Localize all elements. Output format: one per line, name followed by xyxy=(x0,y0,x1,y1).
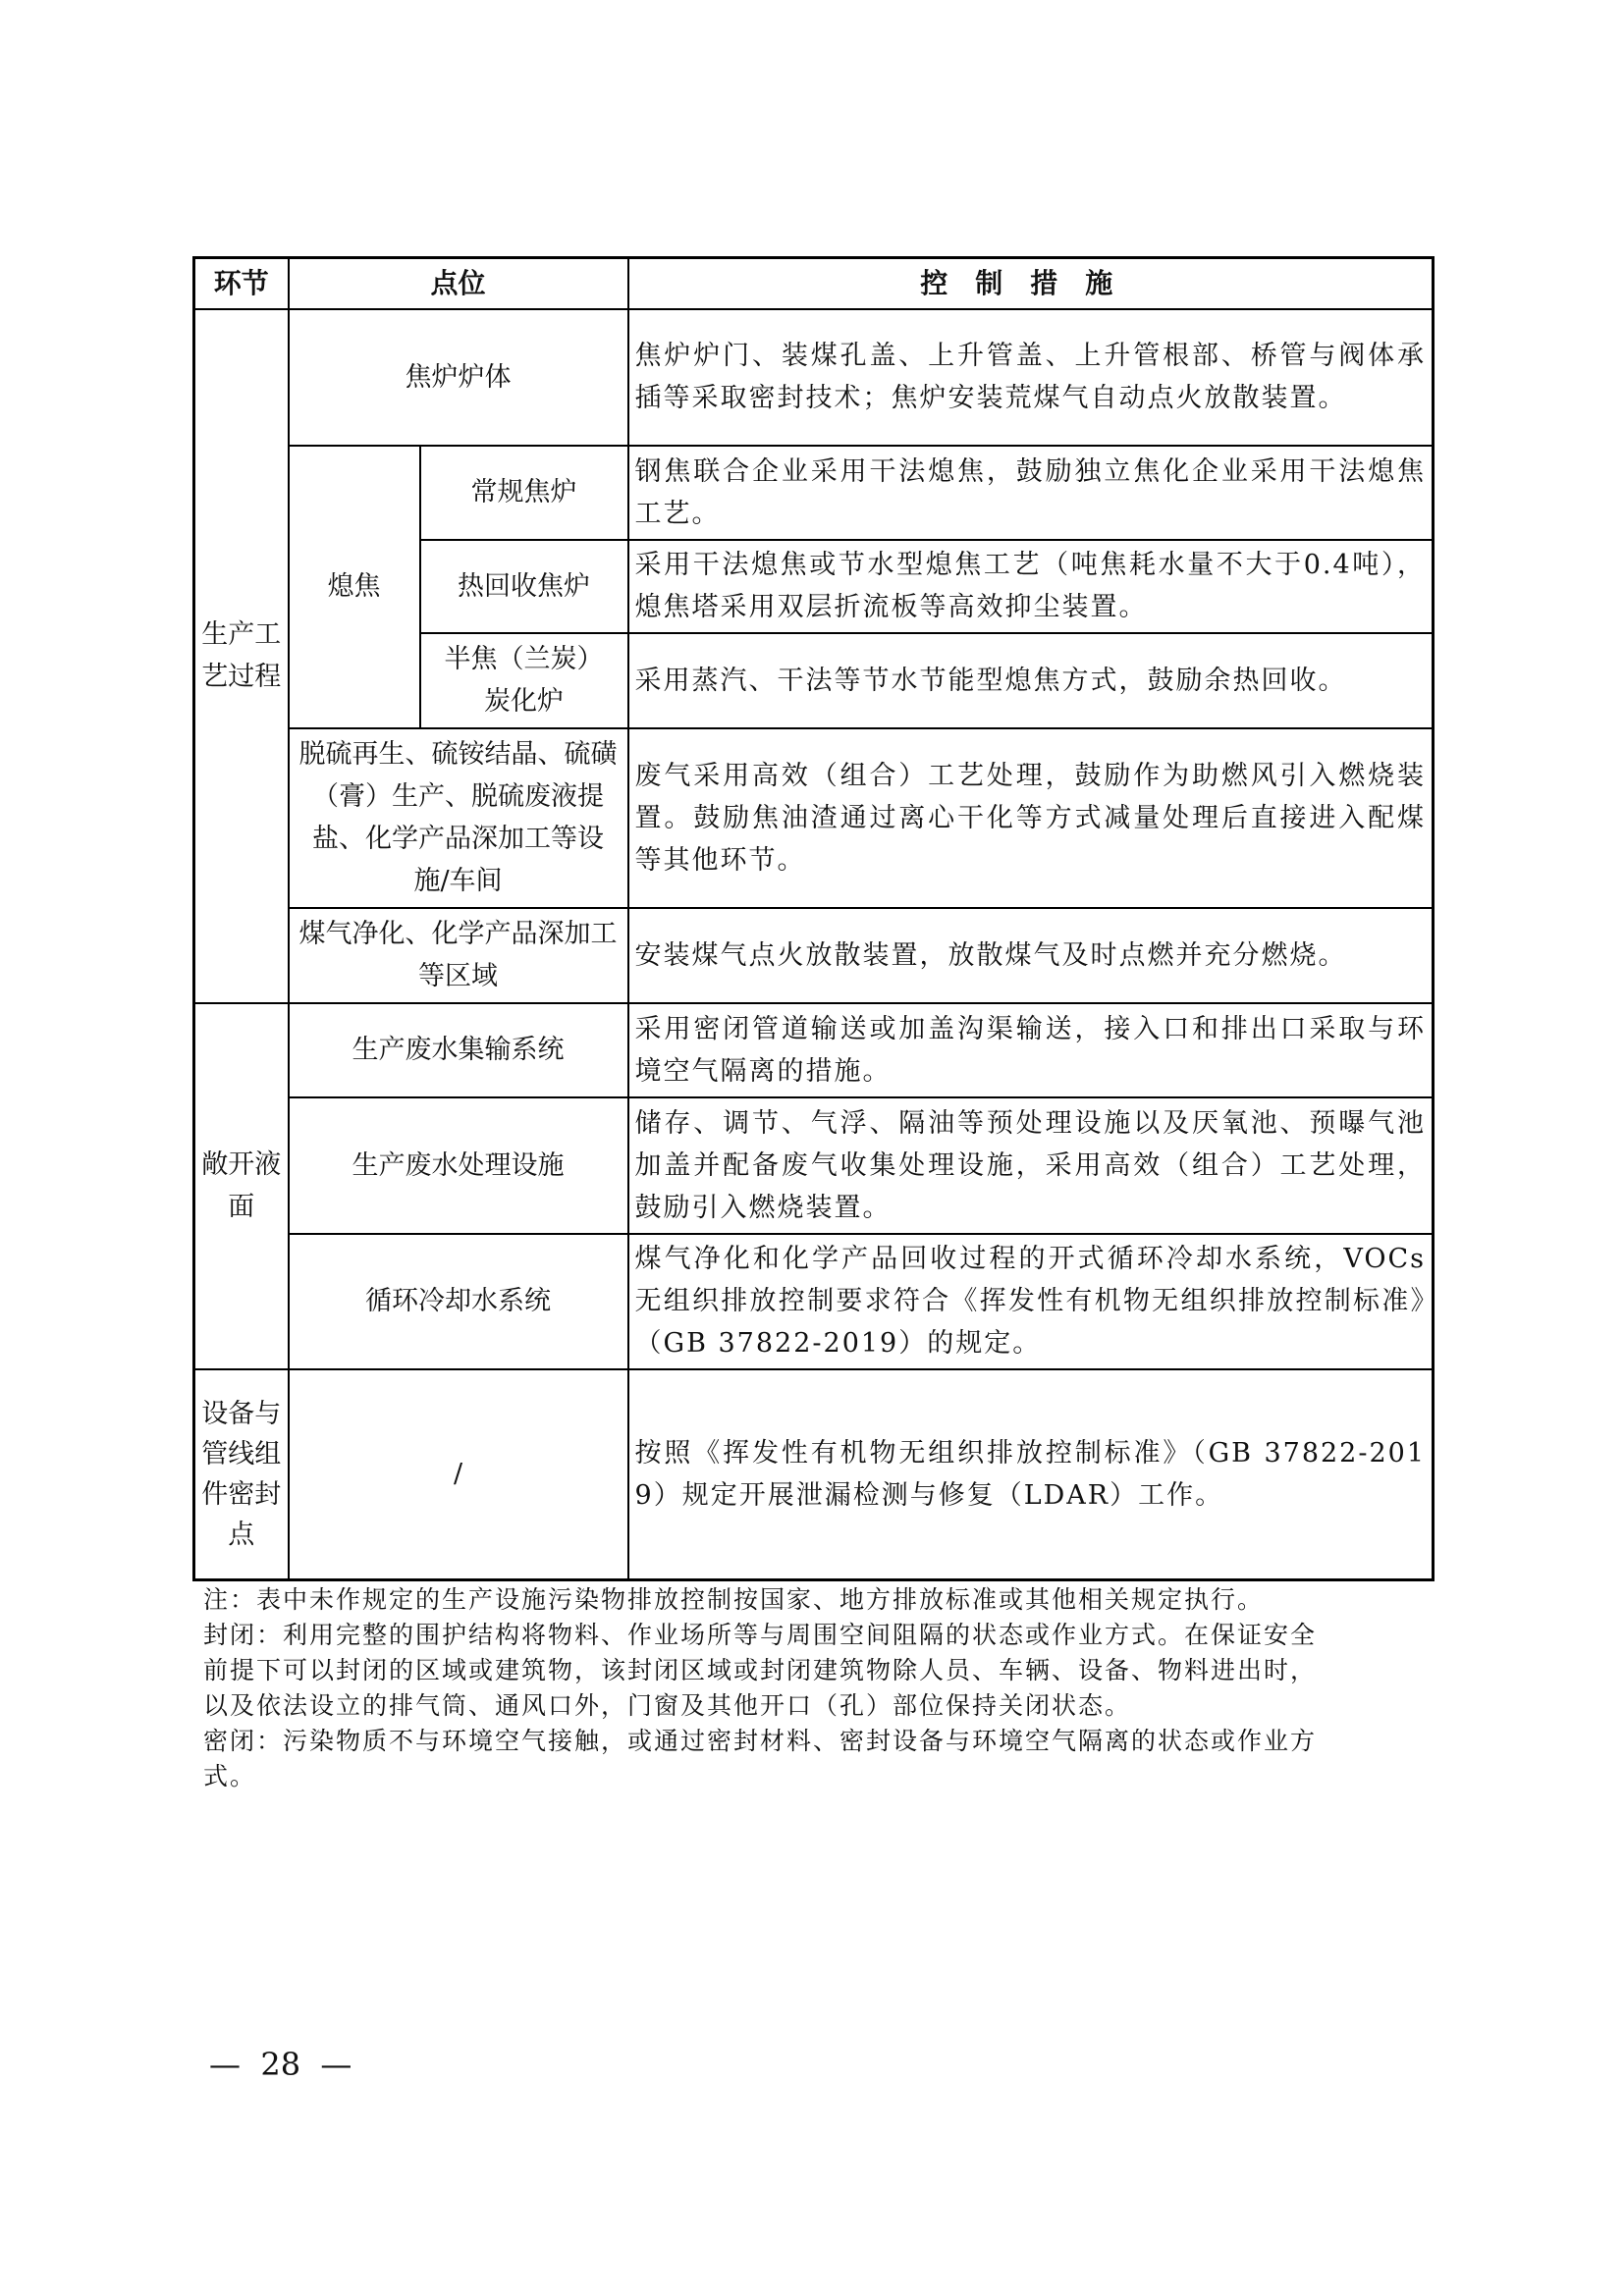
segment-cell: 生产工艺过程 xyxy=(194,309,289,1003)
header-location: 点位 xyxy=(289,258,628,309)
document-page: 环节 点位 控制措施 生产工艺过程 焦炉炉体 焦炉炉门、装煤孔盖、上升管盖、上升… xyxy=(0,0,1624,2296)
header-measures: 控制措施 xyxy=(628,258,1434,309)
location-cell: / xyxy=(289,1369,628,1580)
table-row: 设备与管线组件密封点 / 按照《挥发性有机物无组织排放控制标准》（GB 3782… xyxy=(194,1369,1434,1580)
location-cell: 生产废水集输系统 xyxy=(289,1003,628,1097)
measures-cell: 采用密闭管道输送或加盖沟渠输送，接入口和排出口采取与环境空气隔离的措施。 xyxy=(628,1003,1434,1097)
location-cell: 熄焦 xyxy=(289,446,420,728)
page-number: — 28 — xyxy=(209,2046,352,2083)
measures-cell: 采用干法熄焦或节水型熄焦工艺（吨焦耗水量不大于0.4吨），熄焦塔采用双层折流板等… xyxy=(628,540,1434,633)
location-cell: 煤气净化、化学产品深加工等区域 xyxy=(289,908,628,1003)
measures-cell: 安装煤气点火放散装置，放散煤气及时点燃并充分燃烧。 xyxy=(628,908,1434,1003)
location-cell: 脱硫再生、硫铵结晶、硫磺（膏）生产、脱硫废液提盐、化学产品深加工等设施/车间 xyxy=(289,728,628,908)
table-header-row: 环节 点位 控制措施 xyxy=(194,258,1434,309)
table-row: 生产工艺过程 焦炉炉体 焦炉炉门、装煤孔盖、上升管盖、上升管根部、桥管与阀体承插… xyxy=(194,309,1434,446)
note-general: 注：表中未作规定的生产设施污染物排放控制按国家、地方排放标准或其他相关规定执行。 xyxy=(203,1582,1342,1618)
measures-cell: 储存、调节、气浮、隔油等预处理设施以及厌氧池、预曝气池加盖并配备废气收集处理设施… xyxy=(628,1097,1434,1234)
table-notes: 注：表中未作规定的生产设施污染物排放控制按国家、地方排放标准或其他相关规定执行。… xyxy=(203,1582,1342,1794)
measures-cell: 钢焦联合企业采用干法熄焦，鼓励独立焦化企业采用干法熄焦工艺。 xyxy=(628,446,1434,540)
location-cell: 生产废水处理设施 xyxy=(289,1097,628,1234)
table-row: 敞开液面 生产废水集输系统 采用密闭管道输送或加盖沟渠输送，接入口和排出口采取与… xyxy=(194,1003,1434,1097)
note-enclosed-definition: 封闭：利用完整的围护结构将物料、作业场所等与周围空间阻隔的状态或作业方式。在保证… xyxy=(203,1618,1342,1724)
segment-cell: 敞开液面 xyxy=(194,1003,289,1369)
table-row: 脱硫再生、硫铵结晶、硫磺（膏）生产、脱硫废液提盐、化学产品深加工等设施/车间 废… xyxy=(194,728,1434,908)
measures-cell: 按照《挥发性有机物无组织排放控制标准》（GB 37822-2019）规定开展泄漏… xyxy=(628,1369,1434,1580)
measures-cell: 采用蒸汽、干法等节水节能型熄焦方式，鼓励余热回收。 xyxy=(628,633,1434,728)
sub-location-cell: 热回收焦炉 xyxy=(420,540,628,633)
measures-cell: 废气采用高效（组合）工艺处理，鼓励作为助燃风引入燃烧装置。鼓励焦油渣通过离心干化… xyxy=(628,728,1434,908)
segment-cell: 设备与管线组件密封点 xyxy=(194,1369,289,1580)
measures-cell: 焦炉炉门、装煤孔盖、上升管盖、上升管根部、桥管与阀体承插等采取密封技术；焦炉安装… xyxy=(628,309,1434,446)
location-cell: 焦炉炉体 xyxy=(289,309,628,446)
control-measures-table: 环节 点位 控制措施 生产工艺过程 焦炉炉体 焦炉炉门、装煤孔盖、上升管盖、上升… xyxy=(192,256,1435,1581)
sub-location-cell: 半焦（兰炭）炭化炉 xyxy=(420,633,628,728)
table-row: 生产废水处理设施 储存、调节、气浮、隔油等预处理设施以及厌氧池、预曝气池加盖并配… xyxy=(194,1097,1434,1234)
location-cell: 循环冷却水系统 xyxy=(289,1234,628,1369)
table-row: 煤气净化、化学产品深加工等区域 安装煤气点火放散装置，放散煤气及时点燃并充分燃烧… xyxy=(194,908,1434,1003)
measures-cell: 煤气净化和化学产品回收过程的开式循环冷却水系统，VOCs无组织排放控制要求符合《… xyxy=(628,1234,1434,1369)
table-row: 熄焦 常规焦炉 钢焦联合企业采用干法熄焦，鼓励独立焦化企业采用干法熄焦工艺。 xyxy=(194,446,1434,540)
sub-location-cell: 常规焦炉 xyxy=(420,446,628,540)
note-sealed-definition: 密闭：污染物质不与环境空气接触，或通过密封材料、密封设备与环境空气隔离的状态或作… xyxy=(203,1724,1342,1794)
header-segment: 环节 xyxy=(194,258,289,309)
table-row: 循环冷却水系统 煤气净化和化学产品回收过程的开式循环冷却水系统，VOCs无组织排… xyxy=(194,1234,1434,1369)
